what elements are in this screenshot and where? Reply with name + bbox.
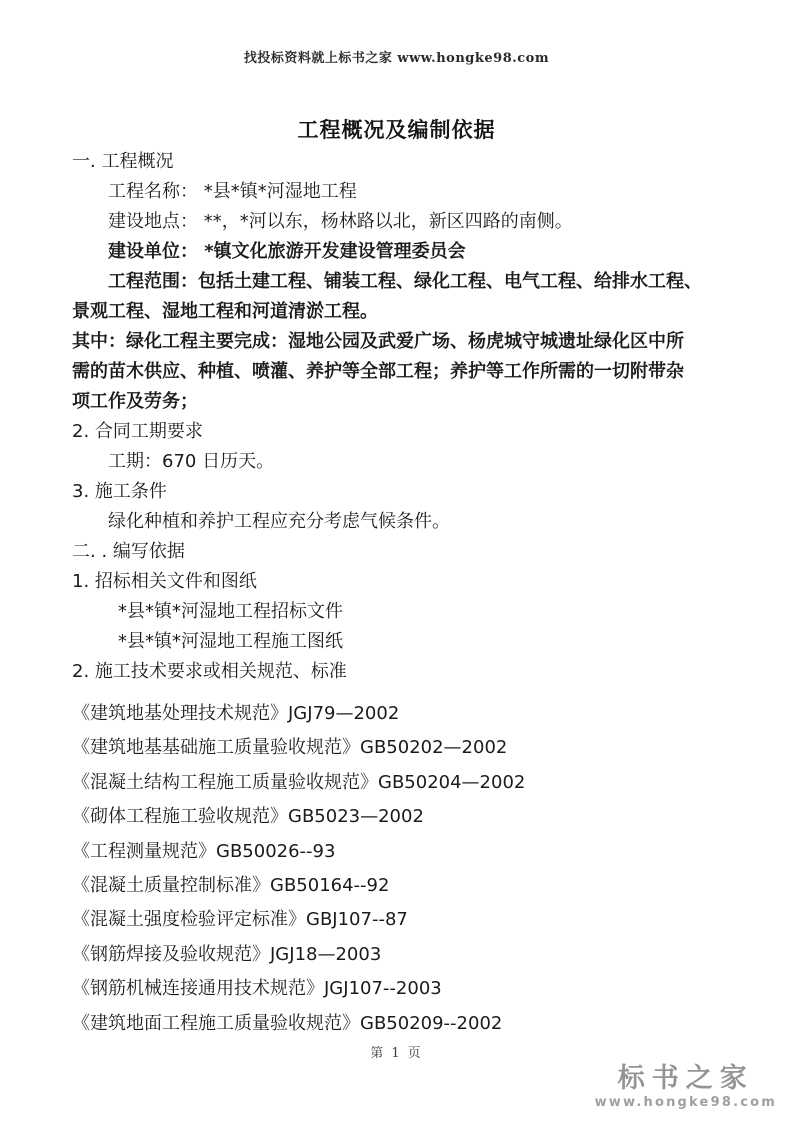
standard-item: 《钢筋焊接及验收规范》JGJ18—2003 — [72, 938, 733, 972]
standard-item: 《工程测量规范》GB50026--93 — [72, 835, 733, 869]
site-header-line: 找投标资料就上标书之家 www.hongke98.com — [0, 47, 793, 66]
standard-item: 《混凝土质量控制标准》GB50164--92 — [72, 869, 733, 903]
standard-item: 《建筑地基处理技术规范》JGJ79—2002 — [72, 697, 733, 731]
document-page: 找投标资料就上标书之家 www.hongke98.com 工程概况及编制依据 一… — [0, 0, 793, 1122]
doc-line: 一. 工程概况 — [72, 147, 733, 177]
standard-item: 《混凝土结构工程施工质量验收规范》GB50204—2002 — [72, 766, 733, 800]
doc-line: 1. 招标相关文件和图纸 — [72, 567, 733, 597]
doc-line: 工程范围：包括土建工程、铺装工程、绿化工程、电气工程、给排水工程、 — [72, 267, 733, 297]
watermark-url-text: www.hongke98.com — [595, 1095, 777, 1110]
doc-line: 需的苗木供应、种植、喷灌、养护等全部工程；养护等工作所需的一切附带杂 — [72, 357, 733, 387]
doc-line: 建设单位： *镇文化旅游开发建设管理委员会 — [72, 237, 733, 267]
page-number-label: 第 1 页 — [0, 1042, 793, 1061]
doc-line: 其中：绿化工程主要完成：湿地公园及武爱广场、杨虎城守城遗址绿化区中所 — [72, 327, 733, 357]
standard-item: 《混凝土强度检验评定标准》GBJ107--87 — [72, 903, 733, 937]
standard-item: 《建筑地面工程施工质量验收规范》GB50209--2002 — [72, 1007, 733, 1041]
doc-line: 绿化种植和养护工程应充分考虑气候条件。 — [72, 507, 733, 537]
doc-line: 工程名称： *县*镇*河湿地工程 — [72, 177, 733, 207]
watermark-logo: 标书之家 www.hongke98.com — [595, 1064, 777, 1110]
doc-line: 景观工程、湿地工程和河道清淤工程。 — [72, 297, 733, 327]
standard-item: 《建筑地基基础施工质量验收规范》GB50202—2002 — [72, 731, 733, 765]
doc-line: 3. 施工条件 — [72, 477, 733, 507]
doc-line: 2. 施工技术要求或相关规范、标准 — [72, 657, 733, 687]
doc-line: *县*镇*河湿地工程施工图纸 — [72, 627, 733, 657]
doc-line: 工期：670 日历天。 — [72, 447, 733, 477]
doc-line: 建设地点： **，*河以东，杨林路以北，新区四路的南侧。 — [72, 207, 733, 237]
standard-item: 《钢筋机械连接通用技术规范》JGJ107--2003 — [72, 972, 733, 1006]
doc-line: 二. . 编写依据 — [72, 537, 733, 567]
document-body: 一. 工程概况 工程名称： *县*镇*河湿地工程 建设地点： **，*河以东，杨… — [72, 147, 733, 1041]
doc-line: 项工作及劳务； — [72, 387, 733, 417]
standard-item: 《砌体工程施工验收规范》GB5023—2002 — [72, 800, 733, 834]
page-title: 工程概况及编制依据 — [0, 114, 793, 144]
standards-list: 《建筑地基处理技术规范》JGJ79—2002 《建筑地基基础施工质量验收规范》G… — [72, 697, 733, 1041]
doc-line: 2. 合同工期要求 — [72, 417, 733, 447]
doc-line: *县*镇*河湿地工程招标文件 — [72, 597, 733, 627]
watermark-brand-text: 标书之家 — [595, 1064, 777, 1094]
